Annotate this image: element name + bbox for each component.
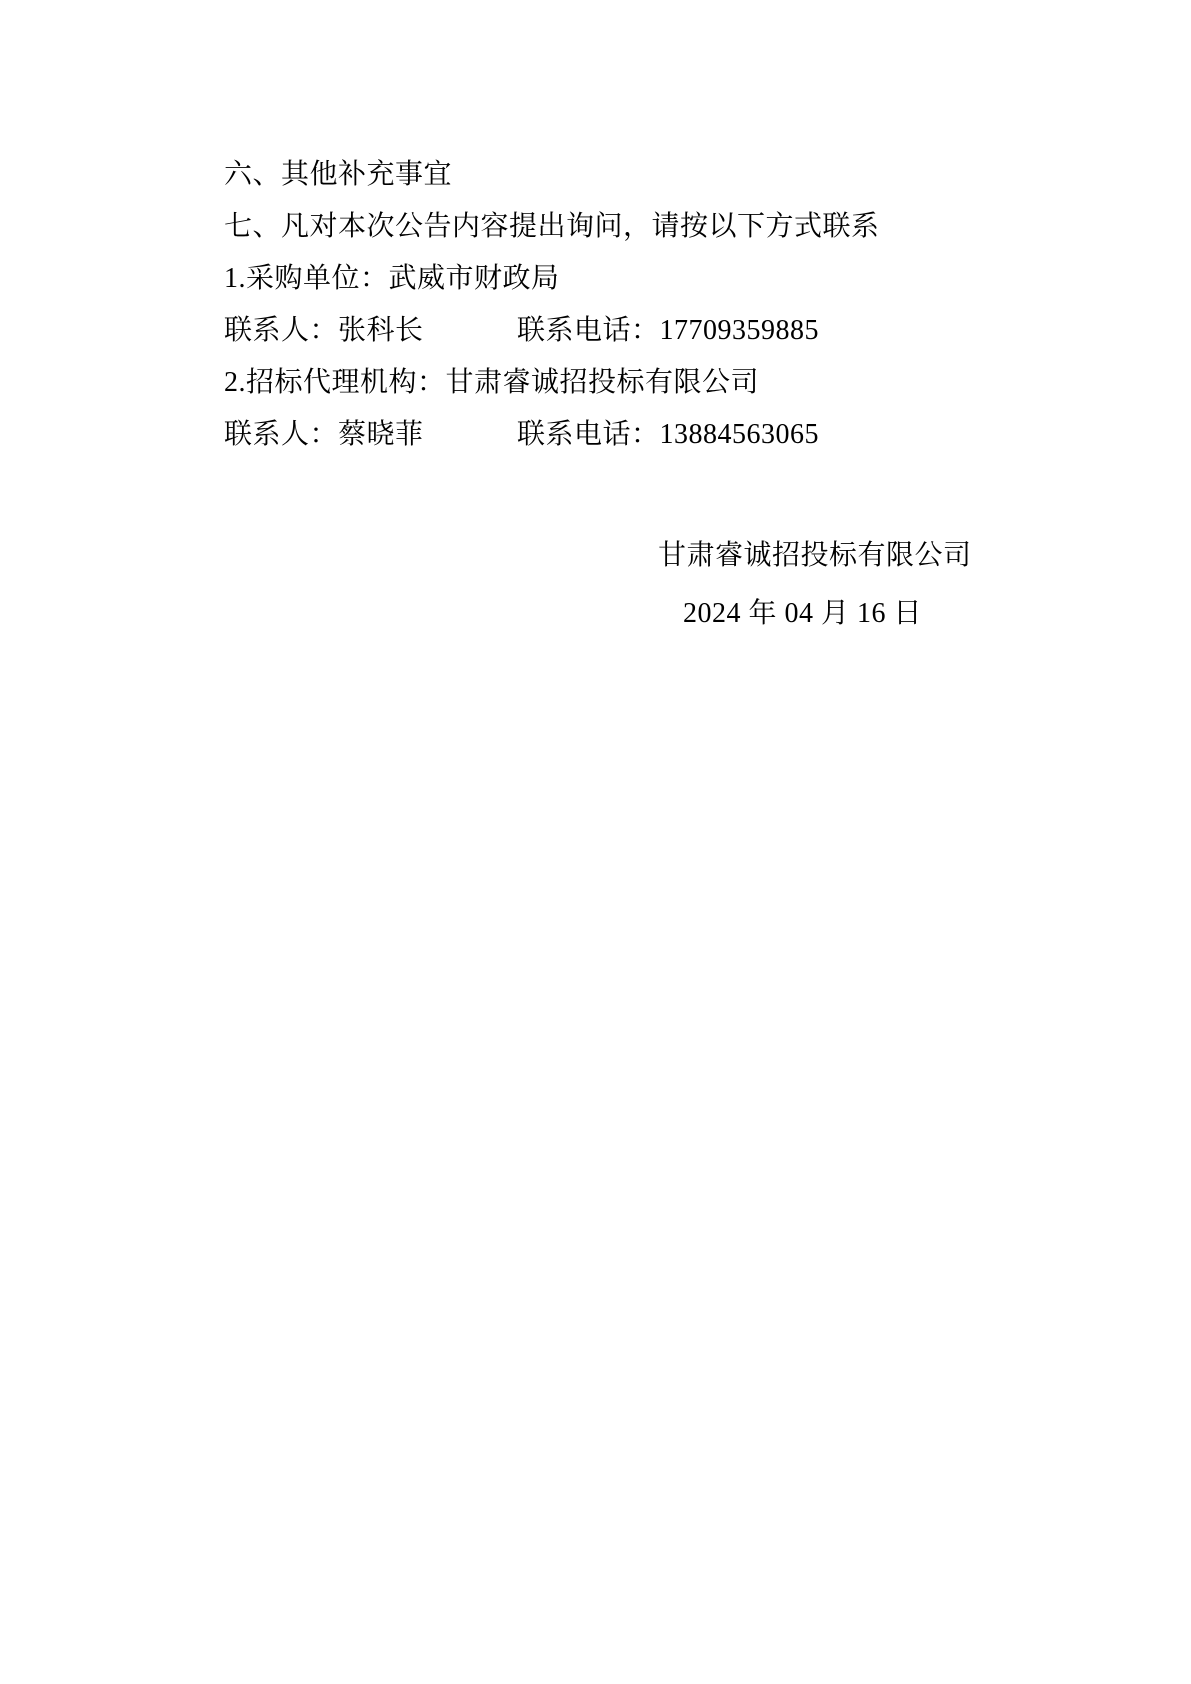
agency-contact-phone: 联系电话：13884563065 bbox=[517, 419, 819, 451]
agency-contact-person: 联系人：蔡晓菲 bbox=[224, 419, 517, 451]
section-heading-seven: 七、凡对本次公告内容提出询问，请按以下方式联系 bbox=[224, 211, 880, 243]
purchaser-contact-phone: 联系电话：17709359885 bbox=[517, 315, 819, 347]
purchaser-org-line: 1.采购单位：武威市财政局 bbox=[224, 263, 560, 295]
document-page: 六、其他补充事宜 七、凡对本次公告内容提出询问，请按以下方式联系 1.采购单位：… bbox=[0, 0, 1191, 1684]
agency-contact-line: 联系人：蔡晓菲 联系电话：13884563065 bbox=[224, 419, 819, 451]
section-heading-six: 六、其他补充事宜 bbox=[224, 159, 452, 191]
signature-date: 2024 年 04 月 16 日 bbox=[683, 598, 922, 630]
purchaser-contact-person: 联系人：张科长 bbox=[224, 315, 517, 347]
purchaser-contact-line: 联系人：张科长 联系电话：17709359885 bbox=[224, 315, 819, 347]
signature-company: 甘肃睿诚招投标有限公司 bbox=[658, 540, 972, 572]
agency-org-line: 2.招标代理机构：甘肃睿诚招投标有限公司 bbox=[224, 367, 759, 399]
